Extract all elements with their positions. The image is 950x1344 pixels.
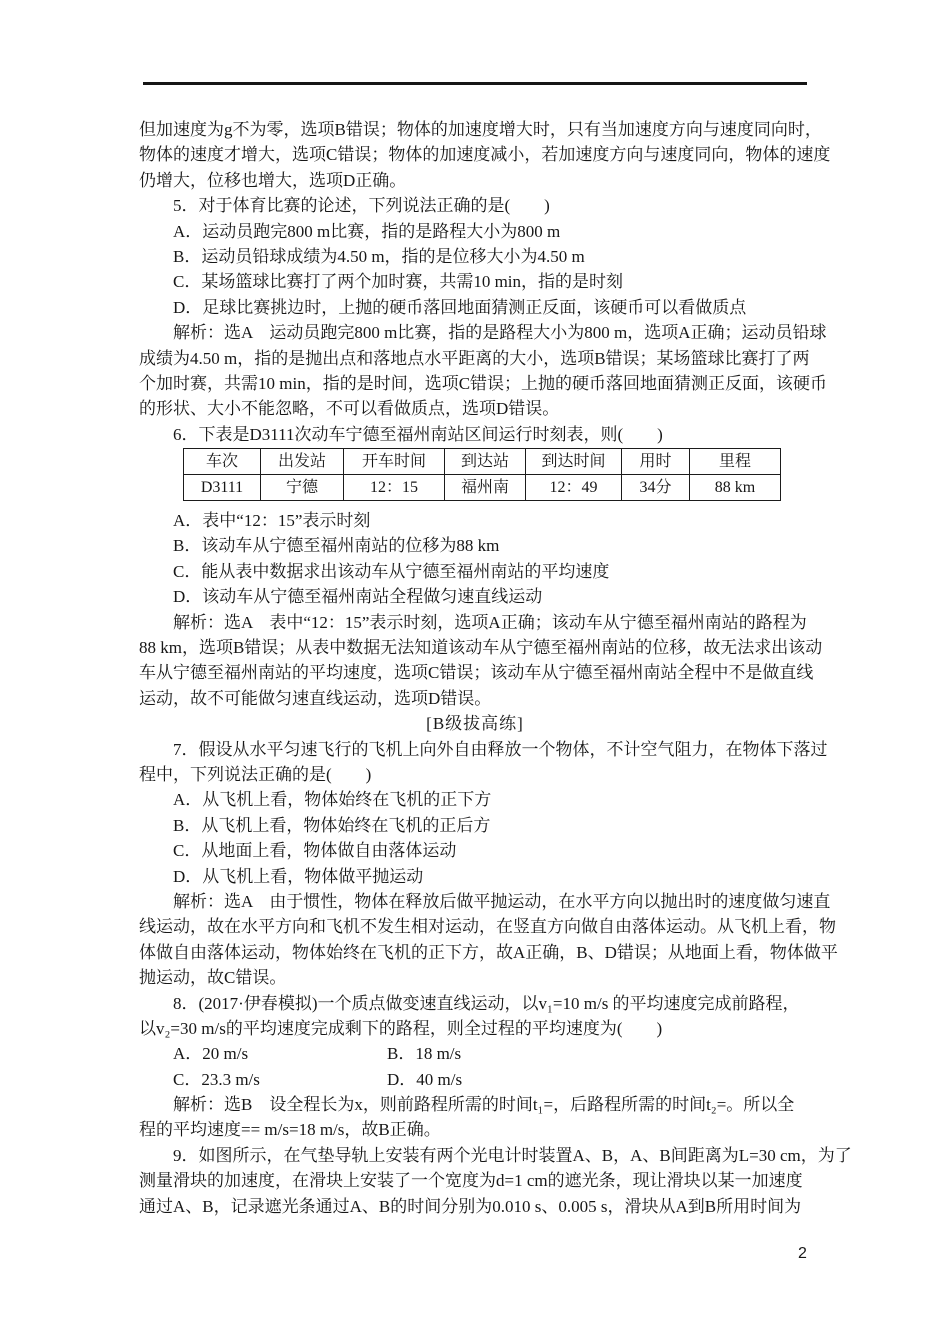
- q8-stem-line: 8．(2017·伊春模拟)一个质点做变速直线运动，以v₁=10 m/s 的平均速…: [139, 991, 811, 1016]
- timetable-header-cell: 开车时间: [344, 449, 445, 475]
- q6-option-b: B．该动车从宁德至福州南站的位移为88 km: [139, 533, 811, 558]
- q7-option-c: C．从地面上看，物体做自由落体运动: [139, 838, 811, 863]
- q7-option-d: D．从飞机上看，物体做平抛运动: [139, 864, 811, 889]
- carry-solution-line: 但加速度为g不为零，选项B错误；物体的加速度增大时，只有当加速度方向与速度同向时…: [139, 117, 811, 142]
- q8-options-row: A．20 m/sB．18 m/s: [139, 1041, 811, 1066]
- page-number: 2: [798, 1246, 807, 1262]
- q6-solution-line: 车从宁德至福州南站的平均速度，选项C错误；该动车从宁德至福州南站全程中不是做直线: [139, 660, 811, 685]
- q6-option-d: D．该动车从宁德至福州南站全程做匀速直线运动: [139, 584, 811, 609]
- q9-stem-line: 通过A、B，记录遮光条通过A、B的时间分别为0.010 s、0.005 s，滑块…: [139, 1194, 811, 1219]
- q7-stem-line: 程中，下列说法正确的是( ): [139, 762, 811, 787]
- q6-solution-line: 运动，故不可能做匀速直线运动，选项D错误。: [139, 686, 811, 711]
- timetable-data-cell: 12：15: [344, 475, 445, 501]
- q5-option-b: B．运动员铅球成绩为4.50 m，指的是位移大小为4.50 m: [139, 244, 811, 269]
- timetable-data-cell: 宁德: [261, 475, 344, 501]
- q8-options-row: C．23.3 m/sD．40 m/s: [139, 1067, 811, 1092]
- q7-solution-line: 抛运动，故C错误。: [139, 965, 811, 990]
- carry-solution-line: 仍增大，位移也增大，选项D正确。: [139, 168, 811, 193]
- timetable-data-cell: D3111: [184, 475, 261, 501]
- q7-stem-line: 7．假设从水平匀速飞行的飞机上向外自由释放一个物体，不计空气阻力，在物体下落过: [139, 737, 811, 762]
- q7-solution-line: 线运动，故在水平方向和飞机不发生相对运动，在竖直方向做自由落体运动。从飞机上看，…: [139, 914, 811, 939]
- header-rule: [143, 82, 807, 85]
- q8-option-d: D．40 m/s: [387, 1067, 462, 1092]
- q6-solution-line: 解析：选A 表中“12：15”表示时刻，选项A正确；该动车从宁德至福州南站的路程…: [139, 610, 811, 635]
- q5-stem: 5．对于体育比赛的论述，下列说法正确的是( ): [139, 193, 811, 218]
- carry-solution-line: 物体的速度才增大，选项C错误；物体的加速度减小，若加速度方向与速度同向，物体的速…: [139, 142, 811, 167]
- q9-stem-line: 测量滑块的加速度，在滑块上安装了一个宽度为d=1 cm的遮光条，现让滑块以某一加…: [139, 1168, 811, 1193]
- q8-solution-line: 解析：选B 设全程长为x，则前路程所需的时间t₁=，后路程所需的时间t₂=。所以…: [139, 1092, 811, 1117]
- q8-solution-line: 程的平均速度== m/s=18 m/s，故B正确。: [139, 1117, 811, 1142]
- timetable-header-cell: 用时: [622, 449, 690, 475]
- timetable-header-cell: 出发站: [261, 449, 344, 475]
- q8-option-a: A．20 m/s: [173, 1041, 387, 1066]
- q7-option-a: A．从飞机上看，物体始终在飞机的正下方: [139, 787, 811, 812]
- q6-option-c: C．能从表中数据求出该动车从宁德至福州南站的平均速度: [139, 559, 811, 584]
- timetable-header-cell: 到达站: [445, 449, 526, 475]
- document-body: 但加速度为g不为零，选项B错误；物体的加速度增大时，只有当加速度方向与速度同向时…: [139, 117, 811, 1219]
- q8-stem-line: 以v₂=30 m/s的平均速度完成剩下的路程，则全过程的平均速度为( ): [139, 1016, 811, 1041]
- q5-solution-line: 个加时赛，共需10 min，指的是时间，选项C错误；上抛的硬币落回地面猜测正反面…: [139, 371, 811, 396]
- timetable-data-cell: 34分: [622, 475, 690, 501]
- q6-option-a: A．表中“12：15”表示时刻: [139, 508, 811, 533]
- q8-option-b: B．18 m/s: [387, 1041, 461, 1066]
- timetable-header-row: 车次 出发站 开车时间 到达站 到达时间 用时 里程: [184, 449, 781, 475]
- timetable-data-cell: 12：49: [526, 475, 622, 501]
- q7-solution-line: 解析：选A 由于惯性，物体在释放后做平抛运动，在水平方向以抛出时的速度做匀速直: [139, 889, 811, 914]
- q7-option-b: B．从飞机上看，物体始终在飞机的正后方: [139, 813, 811, 838]
- timetable-header-cell: 到达时间: [526, 449, 622, 475]
- timetable-data-cell: 福州南: [445, 475, 526, 501]
- document-page: 但加速度为g不为零，选项B错误；物体的加速度增大时，只有当加速度方向与速度同向时…: [0, 0, 950, 1344]
- q5-solution-line: 成绩为4.50 m，指的是抛出点和落地点水平距离的大小，选项B错误；某场篮球比赛…: [139, 346, 811, 371]
- q8-option-c: C．23.3 m/s: [173, 1067, 387, 1092]
- q7-solution-line: 体做自由落体运动，物体始终在飞机的正下方，故A正确，B、D错误；从地面上看，物体…: [139, 940, 811, 965]
- q5-option-c: C．某场篮球比赛打了两个加时赛，共需10 min，指的是时刻: [139, 269, 811, 294]
- q5-option-a: A．运动员跑完800 m比赛，指的是路程大小为800 m: [139, 219, 811, 244]
- section-b-heading: [B级拔高练]: [139, 711, 811, 736]
- train-timetable: 车次 出发站 开车时间 到达站 到达时间 用时 里程 D3111 宁德 12：1…: [183, 448, 781, 501]
- timetable-header-cell: 车次: [184, 449, 261, 475]
- q5-solution-line: 解析：选A 运动员跑完800 m比赛，指的是路程大小为800 m，选项A正确；运…: [139, 320, 811, 345]
- timetable-header-cell: 里程: [690, 449, 781, 475]
- q5-solution-line: 的形状、大小不能忽略，不可以看做质点，选项D错误。: [139, 396, 811, 421]
- q5-option-d: D．足球比赛挑边时，上抛的硬币落回地面猜测正反面，该硬币可以看做质点: [139, 295, 811, 320]
- q9-stem-line: 9．如图所示，在气垫导轨上安装有两个光电计时装置A、B，A、B间距离为L=30 …: [139, 1143, 811, 1168]
- q6-solution-line: 88 km，选项B错误；从表中数据无法知道该动车从宁德至福州南站的位移，故无法求…: [139, 635, 811, 660]
- timetable-data-cell: 88 km: [690, 475, 781, 501]
- timetable-data-row: D3111 宁德 12：15 福州南 12：49 34分 88 km: [184, 475, 781, 501]
- q6-stem: 6．下表是D3111次动车宁德至福州南站区间运行时刻表，则( ): [139, 422, 811, 447]
